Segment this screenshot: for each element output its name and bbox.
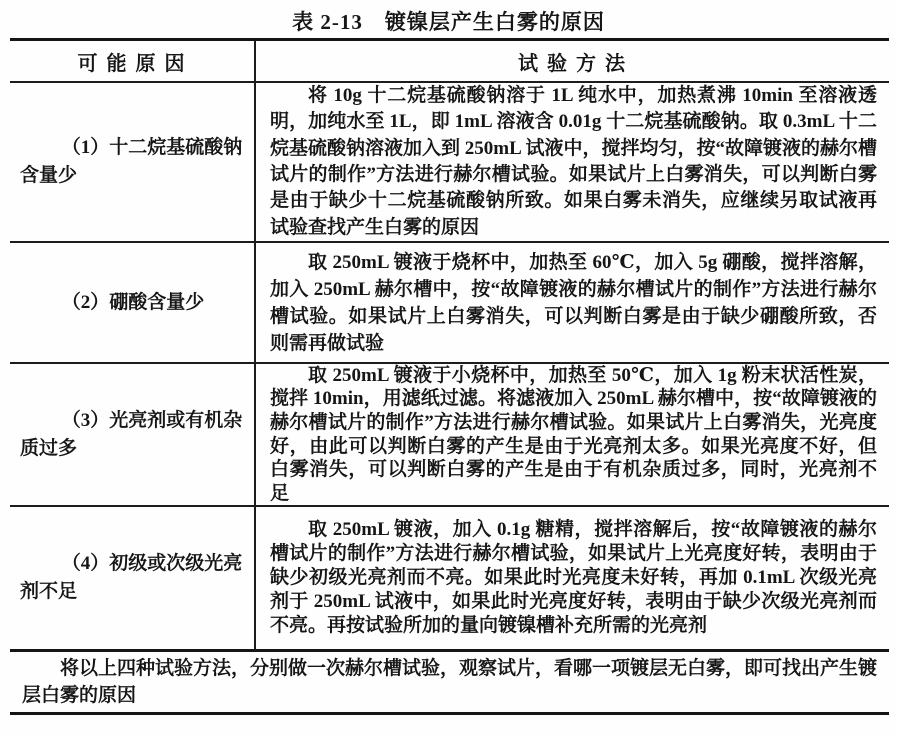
cause-cell-1: （1）十二烷基硫酸钠含量少 — [10, 83, 256, 241]
method-text-4: 取 250mL 镀液，加入 0.1g 糖精，搅拌溶解后，按“故障镀液的赫尔槽试片… — [270, 518, 877, 638]
cause-cell-2: （2）硼酸含量少 — [10, 243, 256, 362]
header-test-method: 试 验 方 法 — [256, 41, 889, 81]
cause-cell-3: （3）光亮剂或有机杂质过多 — [10, 364, 256, 505]
table-row: （4）初级或次级光亮剂不足 取 250mL 镀液，加入 0.1g 糖精，搅拌溶解… — [10, 507, 889, 652]
table-footer-note: 将以上四种试验方法，分别做一次赫尔槽试验，观察试片，看哪一项镀层无白雾，即可找出… — [10, 652, 889, 712]
table-row: （1）十二烷基硫酸钠含量少 将 10g 十二烷基硫酸钠溶于 1L 纯水中，加热煮… — [10, 83, 889, 243]
method-text-3: 取 250mL 镀液于小烧杯中，加热至 50℃，加入 1g 粉末状活性炭，搅拌 … — [270, 364, 877, 505]
method-cell-1: 将 10g 十二烷基硫酸钠溶于 1L 纯水中，加热煮沸 10min 至溶液透明，… — [256, 83, 889, 241]
table-row: （3）光亮剂或有机杂质过多 取 250mL 镀液于小烧杯中，加热至 50℃，加入… — [10, 364, 889, 507]
table-row: （2）硼酸含量少 取 250mL 镀液于烧杯中，加热至 60℃，加入 5g 硼酸… — [10, 243, 889, 364]
cause-text-1: （1）十二烷基硫酸钠含量少 — [20, 134, 246, 190]
cause-text-4: （4）初级或次级光亮剂不足 — [20, 550, 246, 606]
method-text-1: 将 10g 十二烷基硫酸钠溶于 1L 纯水中，加热煮沸 10min 至溶液透明，… — [270, 83, 877, 241]
cause-cell-4: （4）初级或次级光亮剂不足 — [10, 507, 256, 649]
table-title: 表 2-13 镀镍层产生白雾的原因 — [0, 6, 897, 36]
causes-table: 可 能 原 因 试 验 方 法 （1）十二烷基硫酸钠含量少 将 10g 十二烷基… — [10, 38, 889, 715]
document-page: 表 2-13 镀镍层产生白雾的原因 可 能 原 因 试 验 方 法 （1）十二烷… — [0, 0, 897, 738]
cause-text-3: （3）光亮剂或有机杂质过多 — [20, 407, 246, 463]
header-possible-cause: 可 能 原 因 — [10, 41, 256, 81]
footer-text: 将以上四种试验方法，分别做一次赫尔槽试验，观察试片，看哪一项镀层无白雾，即可找出… — [22, 655, 877, 709]
method-text-2: 取 250mL 镀液于烧杯中，加热至 60℃，加入 5g 硼酸，搅拌溶解，加入 … — [270, 249, 877, 357]
method-cell-4: 取 250mL 镀液，加入 0.1g 糖精，搅拌溶解后，按“故障镀液的赫尔槽试片… — [256, 507, 889, 649]
cause-text-2: （2）硼酸含量少 — [20, 289, 246, 317]
table-header-row: 可 能 原 因 试 验 方 法 — [10, 41, 889, 83]
method-cell-2: 取 250mL 镀液于烧杯中，加热至 60℃，加入 5g 硼酸，搅拌溶解，加入 … — [256, 243, 889, 362]
method-cell-3: 取 250mL 镀液于小烧杯中，加热至 50℃，加入 1g 粉末状活性炭，搅拌 … — [256, 364, 889, 505]
